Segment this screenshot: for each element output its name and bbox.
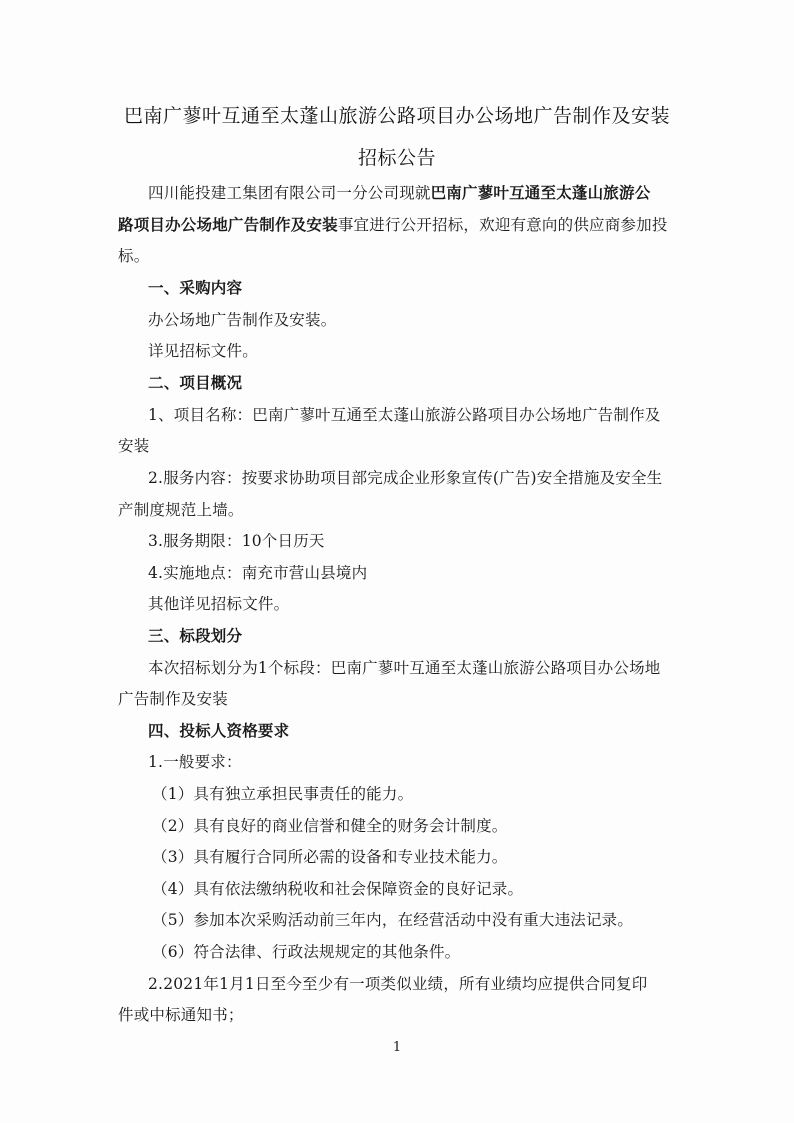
section-heading-qualifications: 四、投标人资格要求	[118, 721, 716, 741]
service-period: 3.服务期限：10个日历天	[118, 531, 716, 551]
section-heading-overview: 二、项目概况	[118, 373, 716, 393]
project-name-line-2: 安装	[118, 436, 686, 456]
document-subtitle: 招标公告	[0, 146, 794, 170]
requirement-item: （3）具有履行合同所必需的设备和专业技术能力。	[118, 847, 720, 867]
implementation-location: 4.实施地点：南充市营山县境内	[118, 563, 716, 583]
intro-line-1: 四川能投建工集团有限公司一分公司现就巴南广蓼叶互通至太蓬山旅游公	[118, 183, 716, 203]
section-heading-procurement: 一、采购内容	[118, 278, 716, 298]
section-heading-lots: 三、标段划分	[118, 626, 716, 646]
intro-line-2: 路项目办公场地广告制作及安装事宜进行公开招标，欢迎有意向的供应商参加投	[118, 215, 686, 235]
other-details: 其他详见招标文件。	[118, 594, 716, 614]
requirement-item: （2）具有良好的商业信誉和健全的财务会计制度。	[118, 816, 720, 836]
general-requirements-label: 1.一般要求：	[118, 752, 716, 772]
requirement-item: （5）参加本次采购活动前三年内，在经营活动中没有重大违法记录。	[118, 910, 720, 930]
document-title: 巴南广蓼叶互通至太蓬山旅游公路项目办公场地广告制作及安装	[0, 104, 794, 128]
document-page: 巴南广蓼叶互通至太蓬山旅游公路项目办公场地广告制作及安装 招标公告 四川能投建工…	[0, 0, 794, 1123]
requirement-item: （1）具有独立承担民事责任的能力。	[118, 784, 720, 804]
performance-requirement-line-1: 2.2021年1月1日至今至少有一项类似业绩，所有业绩均应提供合同复印	[118, 974, 716, 994]
page-number: 1	[0, 1040, 794, 1055]
requirement-item: （6）符合法律、行政法规规定的其他条件。	[118, 942, 720, 962]
lots-line-2: 广告制作及安装	[118, 689, 686, 709]
service-content-line-2: 产制度规范上墙。	[118, 500, 686, 520]
requirement-item: （4）具有依法缴纳税收和社会保障资金的良好记录。	[118, 879, 720, 899]
lots-line-1: 本次招标划分为1个标段：巴南广蓼叶互通至太蓬山旅游公路项目办公场地	[118, 658, 716, 678]
project-name-line-1: 1、项目名称：巴南广蓼叶互通至太蓬山旅游公路项目办公场地广告制作及	[118, 405, 716, 425]
section1-line: 办公场地广告制作及安装。	[118, 310, 716, 330]
service-content-line-1: 2.服务内容：按要求协助项目部完成企业形象宣传(广告)安全措施及安全生	[118, 468, 716, 488]
performance-requirement-line-2: 件或中标通知书；	[118, 1005, 686, 1025]
intro-line-3: 标。	[118, 246, 686, 266]
section1-line: 详见招标文件。	[118, 341, 716, 361]
